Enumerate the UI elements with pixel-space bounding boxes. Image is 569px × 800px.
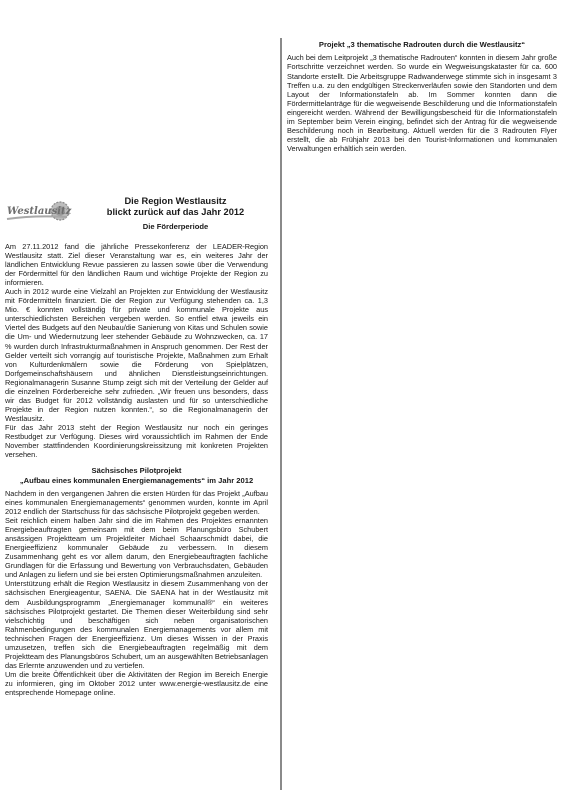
section-heading-foerderperiode: Die Förderperiode [83,222,268,231]
paragraph: Auch in 2012 wurde eine Vielzahl an Proj… [5,287,268,423]
article-header: Westlausitz Die Region Westlausitz blick… [5,196,268,242]
paragraph: Unterstützung erhält die Region Westlaus… [5,579,268,669]
column-divider [280,38,282,790]
section-heading-pilotprojekt: Sächsisches Pilotprojekt „Aufbau eines k… [5,466,268,485]
right-column: Projekt „3 thematische Radrouten durch d… [287,40,557,153]
paragraph: Um die breite Öffentlichkeit über die Ak… [5,670,268,697]
paragraph: Für das Jahr 2013 steht der Region Westl… [5,423,268,459]
paragraph: Am 27.11.2012 fand die jährliche Pressek… [5,242,268,287]
article-title: Die Region Westlausitz blickt zurück auf… [83,196,268,217]
radrouten-paragraph: Auch bei dem Leitprojekt „3 thematische … [287,53,557,153]
left-column: Westlausitz Die Region Westlausitz blick… [5,196,268,697]
paragraph: Nachdem in den vergangenen Jahren die er… [5,489,268,516]
westlausitz-logo: Westlausitz [5,199,75,225]
radrouten-heading: Projekt „3 thematische Radrouten durch d… [287,40,557,49]
paragraph: Seit reichlich einem halben Jahr sind di… [5,516,268,579]
svg-text:Westlausitz: Westlausitz [7,206,72,217]
